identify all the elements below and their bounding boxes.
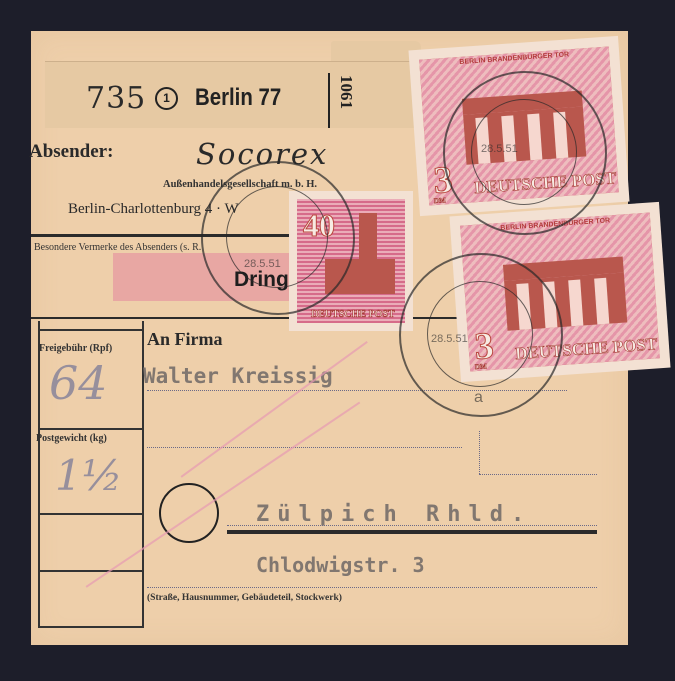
box-edge [479, 474, 597, 475]
grid-line [38, 329, 144, 331]
postmark-cancel-inner [226, 186, 328, 288]
freigebuehr-label: Freigebühr (Rpf) [39, 343, 112, 354]
parcel-card: 735 1 Berlin 77 1061 Absender: Socorex A… [31, 31, 628, 645]
grid-line [38, 626, 144, 628]
box-edge [479, 431, 480, 474]
remarks-label: Besondere Vermerke des Absenders (s. R. [34, 242, 201, 253]
registration-circle-mark: 1 [155, 87, 178, 110]
city-underline [227, 530, 597, 534]
postgewicht-value: 1½ [55, 451, 122, 500]
recipient-street: Chlodwigstr. 3 [256, 553, 425, 577]
grid-line [38, 428, 144, 430]
registration-side-code: 1061 [336, 75, 356, 109]
pencil-mark [181, 341, 368, 477]
grid-line [38, 513, 144, 515]
sender-label: Absender: [29, 141, 113, 163]
registration-number: 735 [86, 81, 146, 116]
address-line [147, 447, 462, 448]
freigebuehr-value: 64 [49, 356, 108, 410]
recipient-name: Walter Kreissig [143, 364, 333, 388]
postmark-date: 28.5.51 [431, 333, 468, 345]
postmark-letter: a [474, 389, 483, 407]
postgewicht-label: Postgewicht (kg) [36, 433, 107, 444]
street-note: (Straße, Hausnummer, Gebäudeteil, Stockw… [147, 593, 342, 603]
postmark-date: 28.5.51 [481, 143, 518, 155]
registration-divider [328, 73, 330, 128]
postmark-date: 28.5.51 [244, 258, 281, 270]
recipient-city: Zülpich Rhld. [256, 502, 532, 527]
grid-line [38, 570, 144, 572]
address-line [147, 587, 597, 588]
registration-office: Berlin 77 [195, 84, 281, 112]
delivery-circle [159, 483, 219, 543]
address-line [227, 525, 597, 526]
recipient-label: An Firma [147, 329, 223, 350]
